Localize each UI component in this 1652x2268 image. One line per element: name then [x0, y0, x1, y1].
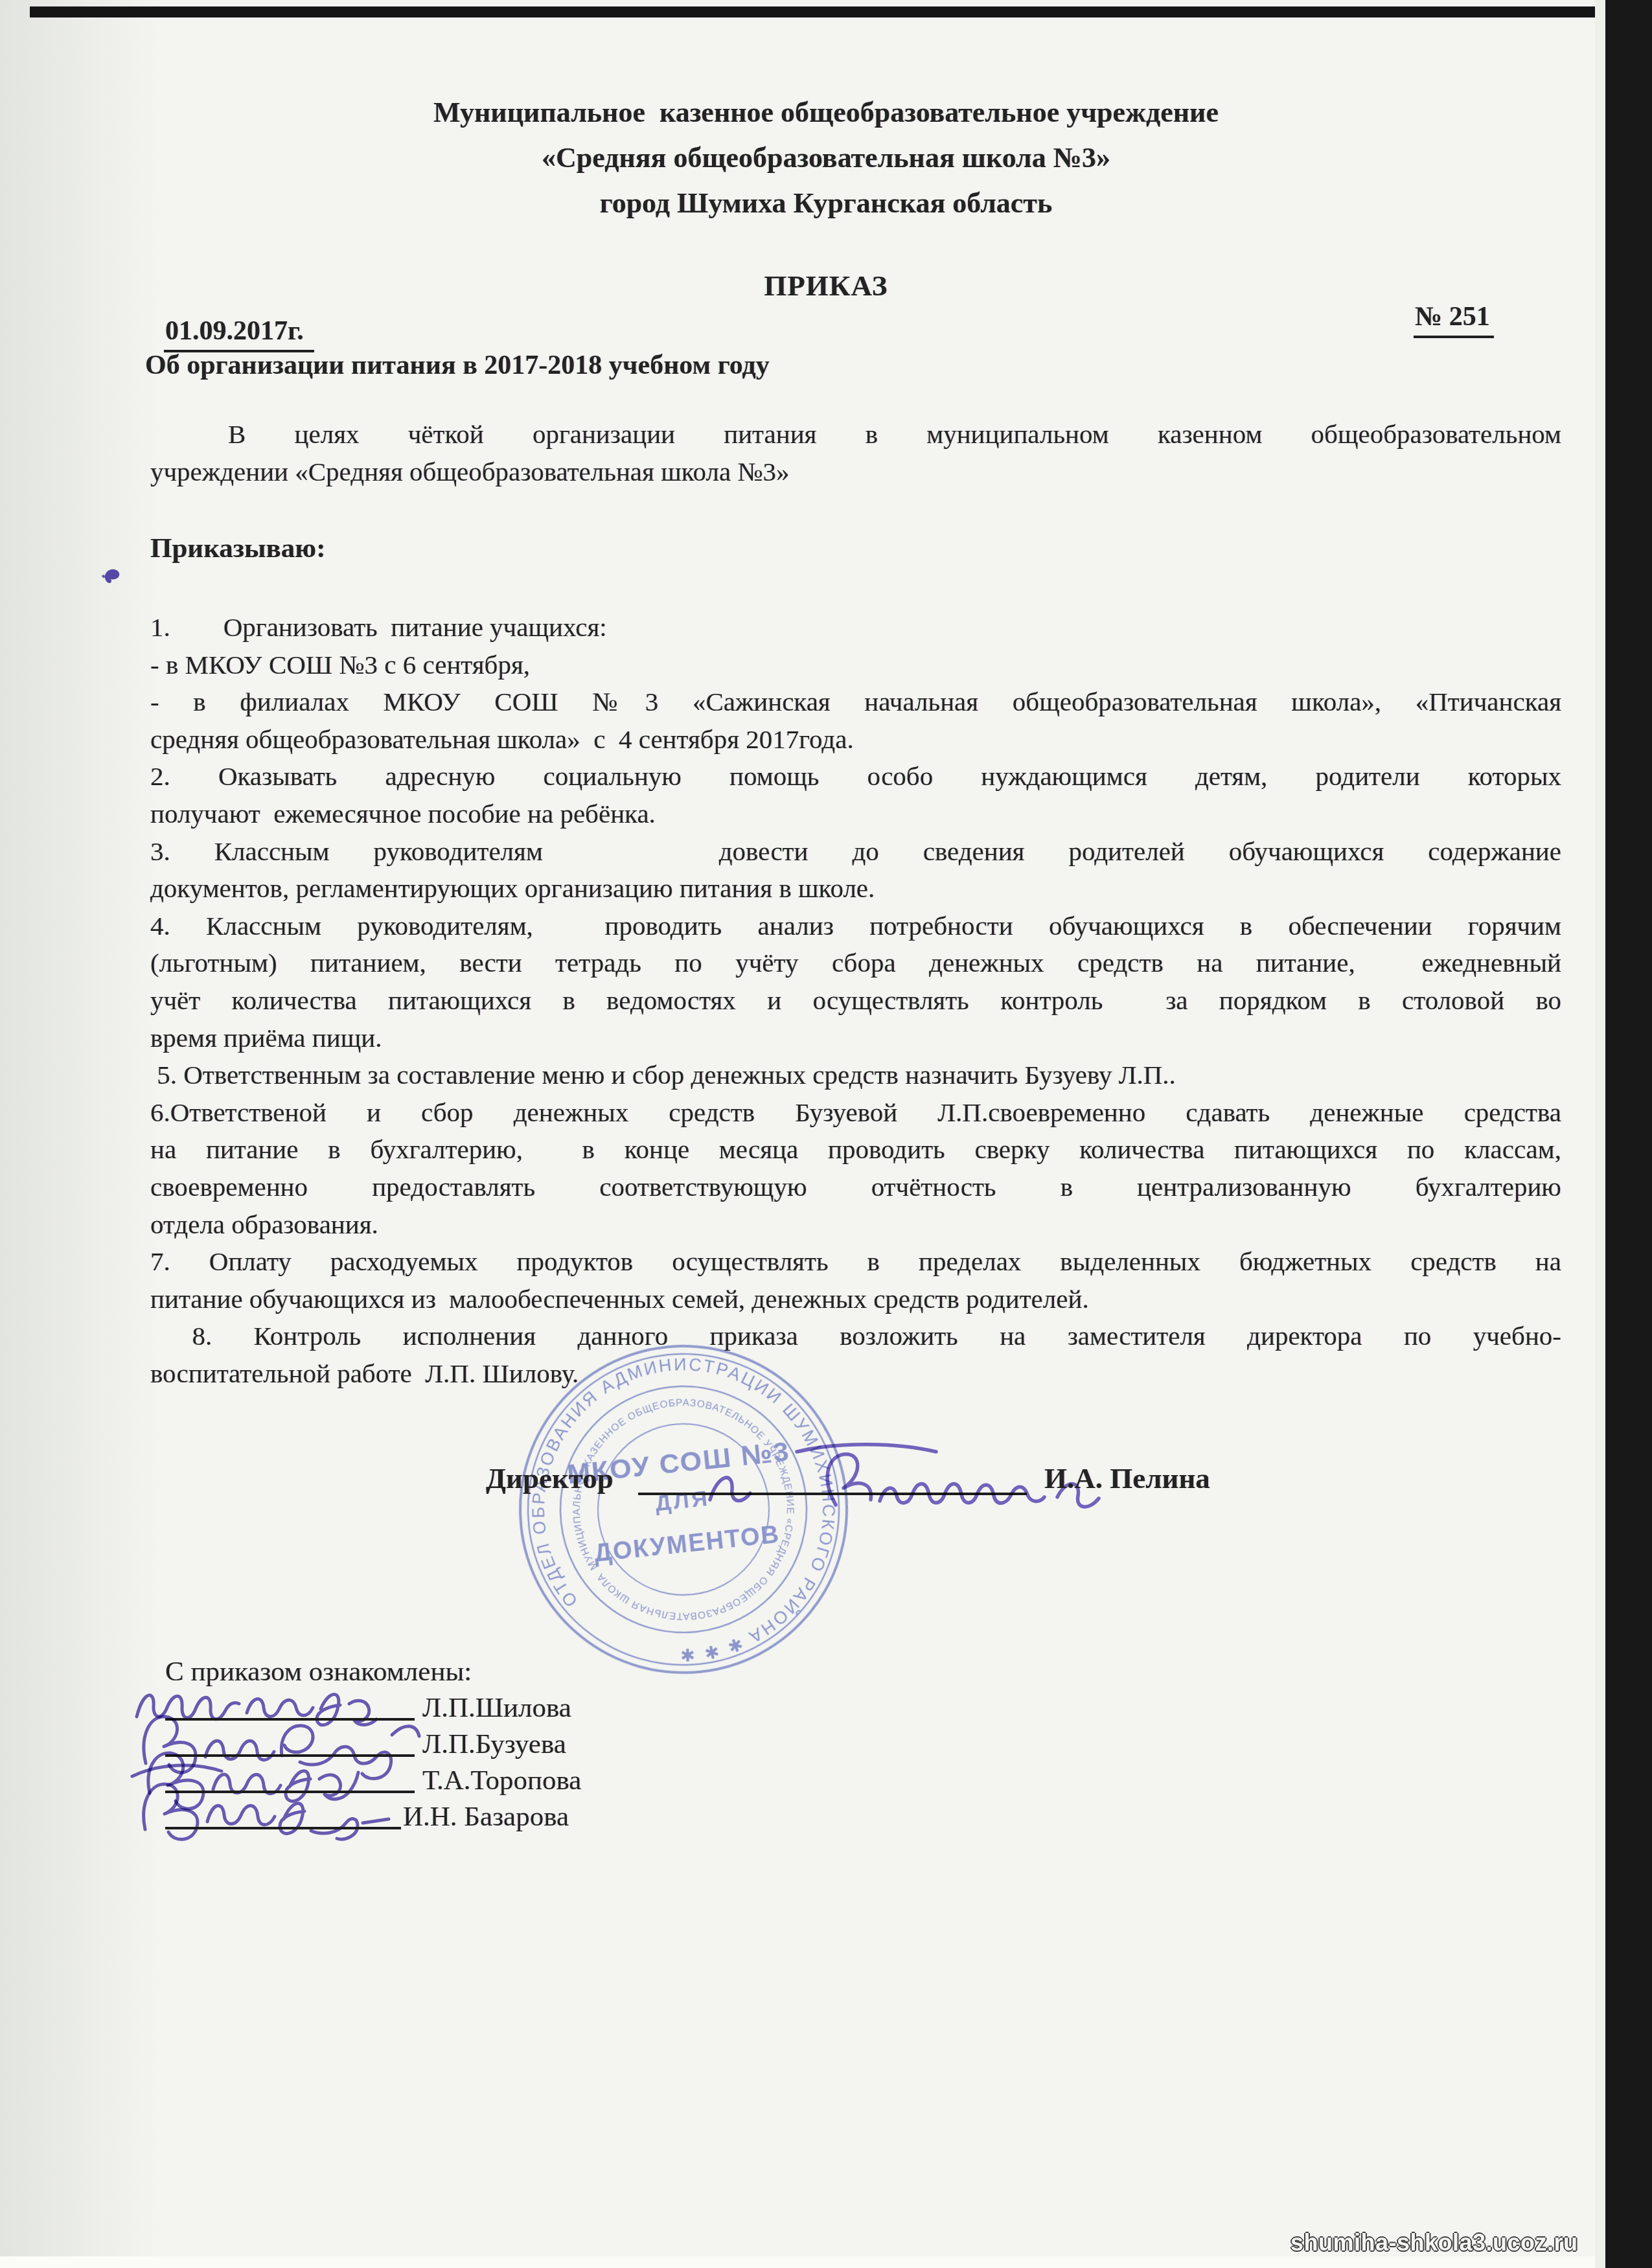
document-text-line: 5. Ответственным за составление меню и с…	[150, 1057, 1561, 1094]
document-text-line: на питание в бухгалтерию, в конце месяца…	[150, 1131, 1561, 1169]
ack-person-4: И.Н. Базарова	[403, 1801, 569, 1833]
document-text-line: 1. Организовать питание учащихся:	[150, 609, 1561, 647]
scan-edge-top	[30, 6, 1652, 17]
document-text-line: получают ежемесячное пособие на ребёнка.	[150, 796, 1561, 833]
ack-person-2: Л.П.Бузуева	[422, 1728, 566, 1760]
scan-edge-right	[1605, 0, 1652, 2268]
document-text-line: - в филиалах МКОУ СОШ №3 «Сажинская нача…	[150, 683, 1561, 721]
document-text-line: (льготным) питанием, вести тетрадь по уч…	[150, 945, 1561, 982]
document-text-line: В целях чёткой организации питания в мун…	[150, 416, 1561, 453]
org-location-line: город Шумиха Курганская область	[97, 187, 1555, 220]
stamp-center-line-3: ДОКУМЕНТОВ	[593, 1521, 781, 1568]
order-items: 1. Организовать питание учащихся:- в МКО…	[150, 609, 1561, 1392]
document-text-line: 4. Классным руководителям, проводить ана…	[150, 908, 1561, 945]
document-text-line: 7. Оплату расходуемых продуктов осуществ…	[150, 1243, 1561, 1281]
document-subject: Об организации питания в 2017-2018 учебн…	[145, 350, 770, 381]
document-text-line: документов, регламентирующих организацию…	[150, 870, 1561, 908]
decree-word: Приказываю:	[150, 533, 326, 564]
document-text-line: - в МКОУ СОШ №3 с 6 сентября,	[150, 647, 1561, 684]
document-date: 01.09.2017г.	[164, 315, 314, 352]
paper-right-edge	[1595, 0, 1605, 2268]
document-text-line: воспитательной работе Л.П. Шилову.	[150, 1355, 1561, 1393]
ink-blot	[97, 565, 126, 587]
ack-person-3: Т.А.Торопова	[422, 1765, 581, 1796]
document-text-line: средняя общеобразовательная школа» с 4 с…	[150, 721, 1561, 759]
org-name-line-2: «Средняя общеобразовательная школа №3»	[97, 141, 1555, 174]
document-text-line: своевременно предоставлять соответствующ…	[150, 1169, 1561, 1206]
document-number: № 251	[1414, 301, 1494, 338]
signature-bazarova	[117, 1754, 428, 1864]
document-text-line: учёт количества питающихся в ведомостях …	[150, 982, 1561, 1020]
ack-signature-line-4	[165, 1827, 401, 1829]
document-text-line: питание обучающихся из малообеспеченных …	[150, 1281, 1561, 1318]
ack-person-1: Л.П.Шилова	[422, 1692, 571, 1724]
scan-edge-bottom	[0, 2256, 1595, 2268]
org-name-line-1: Муниципальное казенное общеобразовательн…	[97, 96, 1555, 129]
document-text-line: 8. Контроль исполнения данного приказа в…	[150, 1318, 1561, 1355]
document-text-line: 6.Ответственой и сбор денежных средств Б…	[150, 1094, 1561, 1132]
watermark: shumiha-shkola3.ucoz.ru	[1291, 2229, 1578, 2256]
document-title: ПРИКАЗ	[97, 269, 1555, 303]
document-text-line: 2. Оказывать адресную социальную помощь …	[150, 758, 1561, 796]
document-text-line: время приёма пищи.	[150, 1020, 1561, 1057]
director-role-label: Директор	[486, 1461, 614, 1495]
scan-shadow-left	[0, 0, 162, 2268]
document-text-line: учреждении «Средняя общеобразовательная …	[150, 453, 1561, 491]
document-text-line: 3. Классным руководителям довести до све…	[150, 833, 1561, 871]
scanned-document-page: Муниципальное казенное общеобразовательн…	[0, 0, 1652, 2268]
document-text-line: отдела образования.	[150, 1206, 1561, 1244]
director-name: И.А. Пелина	[1044, 1461, 1210, 1495]
intro-paragraph: В целях чёткой организации питания в мун…	[150, 416, 1561, 490]
